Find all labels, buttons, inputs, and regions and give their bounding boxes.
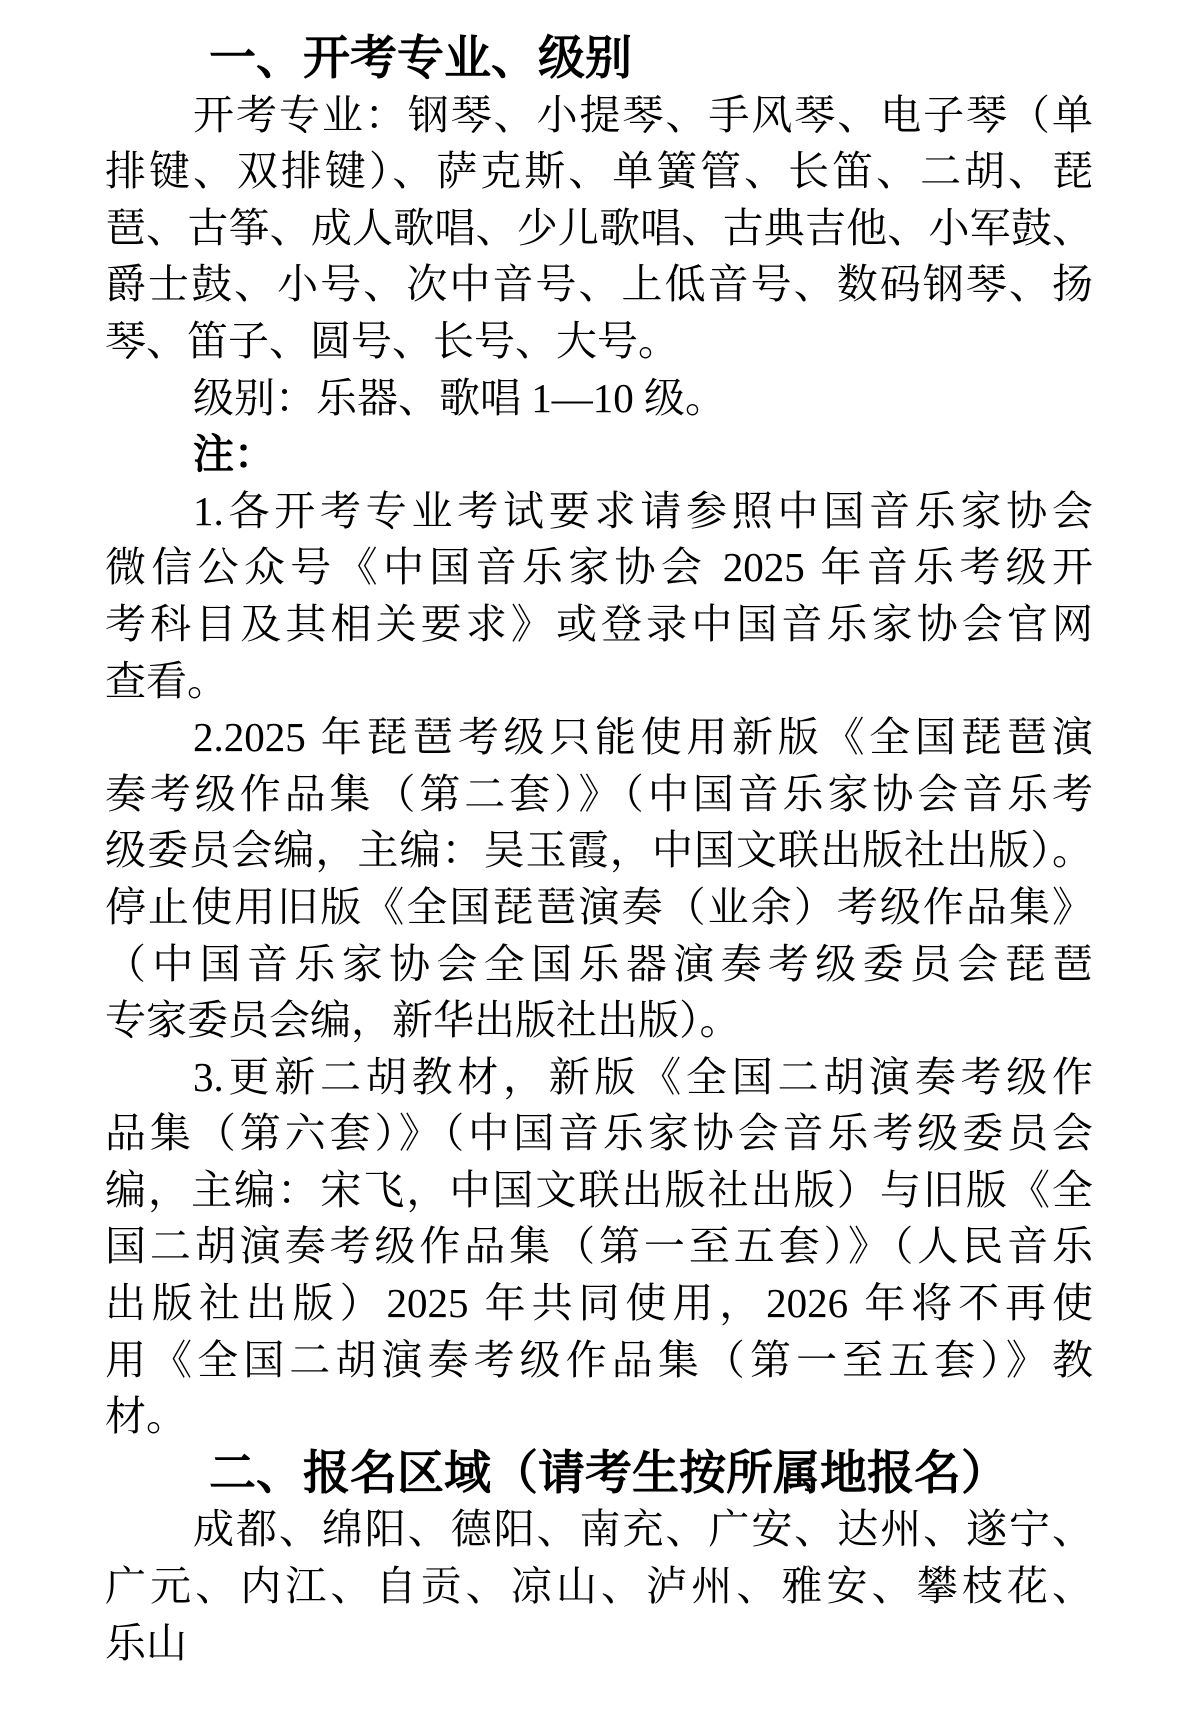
doc-line: 开考专业：钢琴、小提琴、手风琴、电子琴（单 (105, 87, 1093, 144)
doc-line: 用《全国二胡演奏考级作品集（第一至五套）》教 (105, 1332, 1093, 1389)
doc-line: 国二胡演奏考级作品集（第一至五套）》（人民音乐 (105, 1218, 1093, 1275)
doc-line: 级委员会编，主编：吴玉霞，中国文联出版社出版）。 (105, 822, 1093, 879)
doc-line: 微信公众号《中国音乐家协会 2025 年音乐考级开 (105, 539, 1093, 596)
doc-line: 广元、内江、自贡、凉山、泸州、雅安、攀枝花、 (105, 1558, 1093, 1615)
section-heading-1: 一、开考专业、级别 (105, 30, 1093, 87)
doc-line: 出版社出版）2025 年共同使用，2026 年将不再使 (105, 1275, 1093, 1332)
doc-line: 查看。 (105, 653, 1093, 710)
doc-line: 奏考级作品集（第二套）》（中国音乐家协会音乐考 (105, 766, 1093, 823)
document-page: 一、开考专业、级别 开考专业：钢琴、小提琴、手风琴、电子琴（单 排键、双排键）、… (0, 0, 1200, 1710)
doc-line: 1.各开考专业考试要求请参照中国音乐家协会 (105, 483, 1093, 540)
doc-line: （中国音乐家协会全国乐器演奏考级委员会琵琶 (105, 936, 1093, 993)
doc-line: 编，主编：宋飞，中国文联出版社出版）与旧版《全 (105, 1162, 1093, 1219)
doc-line: 乐山 (105, 1615, 1093, 1672)
document-content: 一、开考专业、级别 开考专业：钢琴、小提琴、手风琴、电子琴（单 排键、双排键）、… (105, 30, 1093, 1671)
doc-line: 材。 (105, 1388, 1093, 1445)
doc-line: 爵士鼓、小号、次中音号、上低音号、数码钢琴、扬 (105, 256, 1093, 313)
doc-line: 级别：乐器、歌唱 1—10 级。 (105, 370, 1093, 427)
doc-line: 琶、古筝、成人歌唱、少儿歌唱、古典吉他、小军鼓、 (105, 200, 1093, 257)
doc-line: 成都、绵阳、德阳、南充、广安、达州、遂宁、 (105, 1501, 1093, 1558)
doc-line: 专家委员会编，新华出版社出版）。 (105, 992, 1093, 1049)
doc-line: 2.2025 年琵琶考级只能使用新版《全国琵琶演 (105, 709, 1093, 766)
doc-line: 停止使用旧版《全国琵琶演奏（业余）考级作品集》 (105, 879, 1093, 936)
note-label: 注： (105, 426, 1093, 483)
doc-line: 琴、笛子、圆号、长号、大号。 (105, 313, 1093, 370)
section-heading-2: 二、报名区域（请考生按所属地报名） (105, 1445, 1093, 1502)
doc-line: 排键、双排键）、萨克斯、单簧管、长笛、二胡、琵 (105, 143, 1093, 200)
doc-line: 考科目及其相关要求》或登录中国音乐家协会官网 (105, 596, 1093, 653)
doc-line: 品集（第六套）》（中国音乐家协会音乐考级委员会 (105, 1105, 1093, 1162)
doc-line: 3.更新二胡教材，新版《全国二胡演奏考级作 (105, 1049, 1093, 1106)
